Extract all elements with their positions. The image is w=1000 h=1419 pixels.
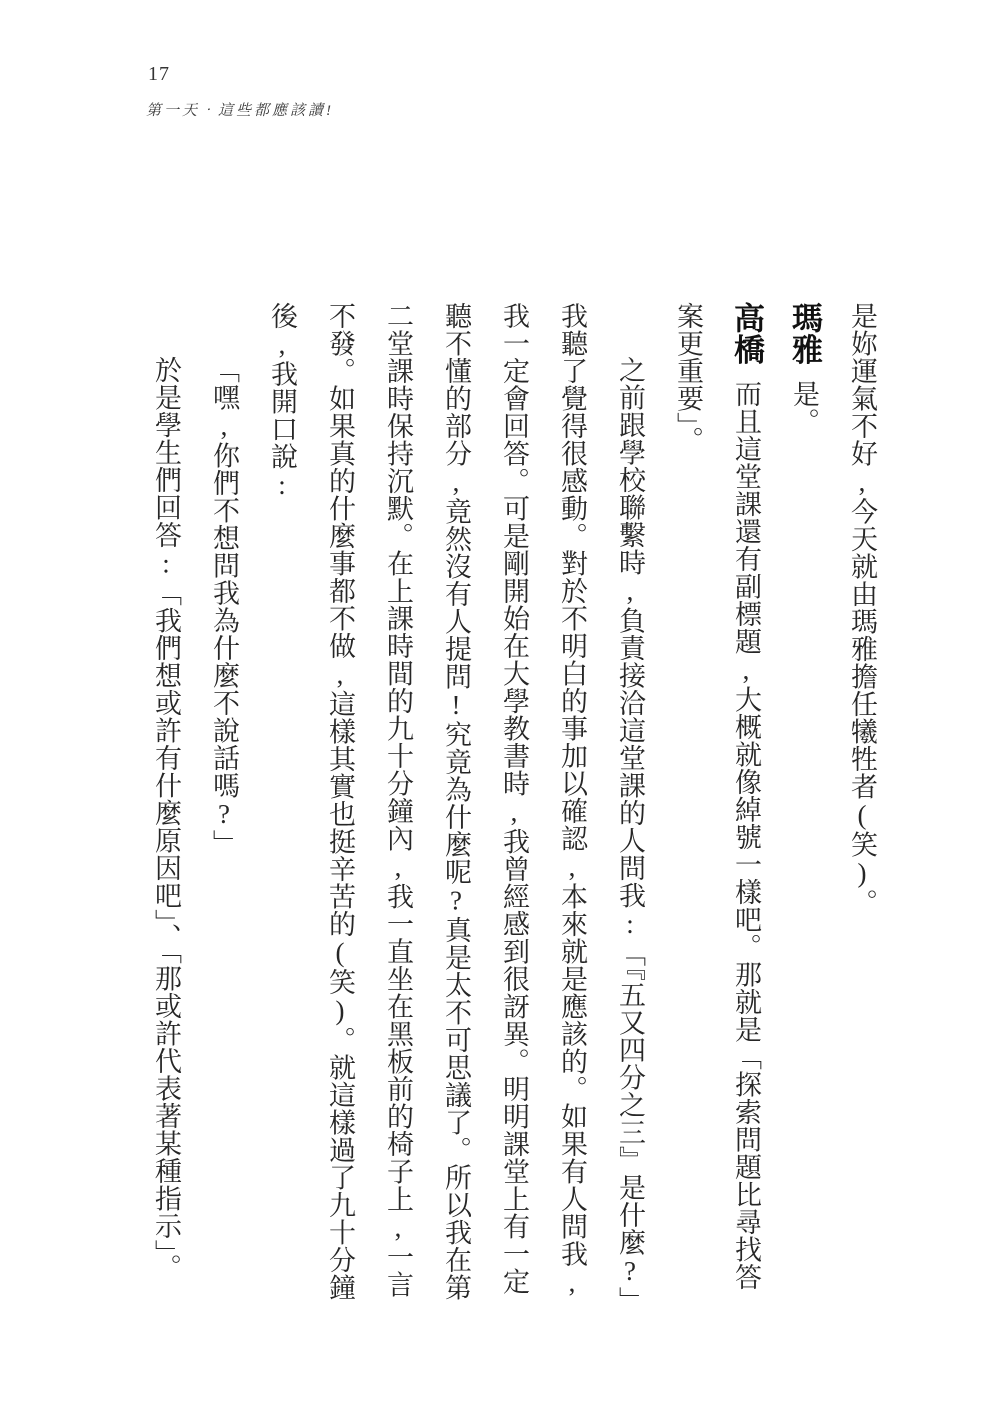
column-text: 而且這堂課還有副標題,大概就像綽號一樣吧。那就是「探索問題比尋找答 xyxy=(731,380,761,1291)
text-column: 不發。如果真的什麼事都不做,這樣其實也挺辛苦的(笑)。就這樣過了九十分鐘 xyxy=(311,302,369,1316)
text-column: 我一定會回答。可是剛開始在大學教書時,我曾經感到很訝異。明明課堂上有一定 xyxy=(485,302,543,1316)
running-head: 第一天‧這些都應該讀! xyxy=(146,99,334,120)
column-text: 是。 xyxy=(789,380,819,435)
text-column: 高橋而且這堂課還有副標題,大概就像綽號一樣吧。那就是「探索問題比尋找答 xyxy=(717,302,775,1316)
speaker-name: 高橋 xyxy=(729,302,764,365)
text-column: 案更重要」。 xyxy=(659,302,717,1316)
vertical-text-block: 是妳運氣不好,今天就由瑪雅擔任犧牲者(笑)。瑪雅是。高橋而且這堂課還有副標題,大… xyxy=(129,302,891,1316)
page-number: 17 xyxy=(148,63,170,86)
text-column: 之前跟學校聯繫時,負責接洽這堂課的人問我:「『五又四分之三』是什麼?」 xyxy=(601,302,659,1316)
speaker-name: 瑪雅 xyxy=(787,302,822,365)
book-page: { "page": { "number": "17", "running_hea… xyxy=(0,0,1000,1419)
text-column: 「嘿,你們不想問我為什麼不說話嗎?」 xyxy=(195,302,253,1316)
text-column: 聽不懂的部分,竟然沒有人提問!究竟為什麼呢?真是太不可思議了。所以我在第 xyxy=(427,302,485,1316)
text-column: 後,我開口說: xyxy=(253,302,311,1316)
text-column: 於是學生們回答:「我們想或許有什麼原因吧」、「那或許代表著某種指示」。 xyxy=(137,302,195,1316)
text-column: 瑪雅是。 xyxy=(775,302,833,1316)
text-column: 我聽了覺得很感動。對於不明白的事加以確認,本來就是應該的。如果有人問我, xyxy=(543,302,601,1316)
text-column: 是妳運氣不好,今天就由瑪雅擔任犧牲者(笑)。 xyxy=(833,302,891,1316)
text-column: 二堂課時保持沉默。在上課時間的九十分鐘內,我一直坐在黑板前的椅子上,一言 xyxy=(369,302,427,1316)
